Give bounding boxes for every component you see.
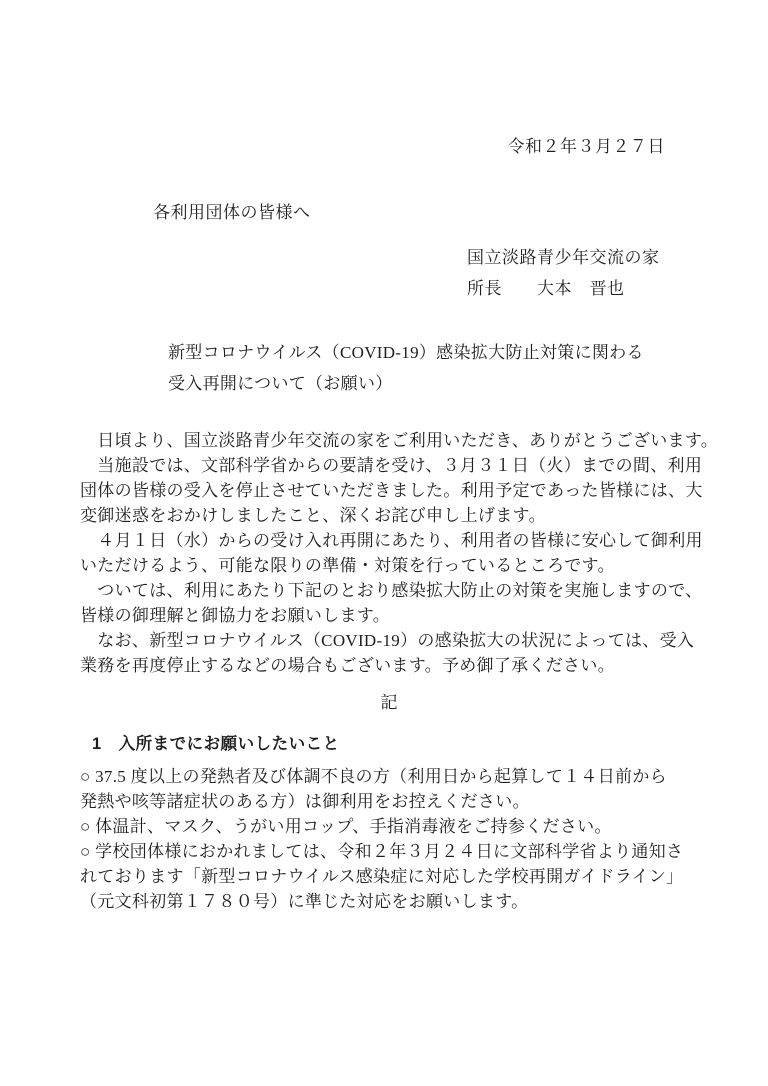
body-paragraphs: 日頃より、国立淡路青少年交流の家をご利用いただき、ありがとうございます。 当施設… [80,428,698,678]
subject-title: 新型コロナウイルス（COVID-19）感染拡大防止対策に関わる 受入再開について… [168,337,644,399]
body-line: ついては、利用にあたり下記のとおり感染拡大防止の対策を実施しますので、 [80,578,698,603]
section-requests: 1 入所までにお願いしたいこと ○ 37.5 度以上の発熱者及び体調不良の方（利… [80,732,706,914]
sender-block: 国立淡路青少年交流の家 所長 大本 晋也 [467,242,660,304]
subject-line-1: 新型コロナウイルス（COVID-19）感染拡大防止対策に関わる [168,337,644,368]
notation-ki: 記 [80,688,698,713]
body-line: いただけるよう、可能な限りの準備・対策を行っているところです。 [80,553,698,578]
date-line: 令和２年３月２７日 [0,132,665,157]
document-page: 令和２年３月２７日 各利用団体の皆様へ 国立淡路青少年交流の家 所長 大本 晋也… [0,0,768,1086]
sender-organization: 国立淡路青少年交流の家 [467,242,660,273]
body-line: なお、新型コロナウイルス（COVID-19）の感染拡大の状況によっては、受入 [80,628,698,653]
section-item-line: ○ 体温計、マスク、うがい用コップ、手指消毒液をご持参ください。 [80,814,706,839]
section-item-line: ○ 37.5 度以上の発熱者及び体調不良の方（利用日から起算して１４日前から [80,764,706,789]
subject-line-2: 受入再開について（お願い） [168,368,644,399]
section-item-line: 発熱や咳等諸症状のある方）は御利用をお控えください。 [80,789,706,814]
section-heading: 1 入所までにお願いしたいこと [80,732,706,757]
recipient-line: 各利用団体の皆様へ [153,198,311,223]
body-line: 皆様の御理解と御協力をお願いします。 [80,603,698,628]
section-item-line: （元文科初第１７８０号）に準じた対応をお願いします。 [80,889,706,914]
body-line: 団体の皆様の受入を停止させていただきました。利用予定であった皆様には、大 [80,478,698,503]
sender-signer: 所長 大本 晋也 [467,273,660,304]
section-item-line: ○ 学校団体様におかれましては、令和２年３月２４日に文部科学省より通知さ [80,839,706,864]
body-line: 当施設では、文部科学省からの要請を受け、３月３１日（火）までの間、利用 [80,453,698,478]
body-line: ４月１日（水）からの受け入れ再開にあたり、利用者の皆様に安心して御利用 [80,528,698,553]
section-item-line: れております「新型コロナウイルス感染症に対応した学校再開ガイドライン」 [80,864,706,889]
body-line: 変御迷惑をおかけしましたこと、深くお詫び申し上げます。 [80,503,698,528]
body-line: 業務を再度停止するなどの場合もございます。予め御了承ください。 [80,653,698,678]
body-line: 日頃より、国立淡路青少年交流の家をご利用いただき、ありがとうございます。 [80,428,698,453]
